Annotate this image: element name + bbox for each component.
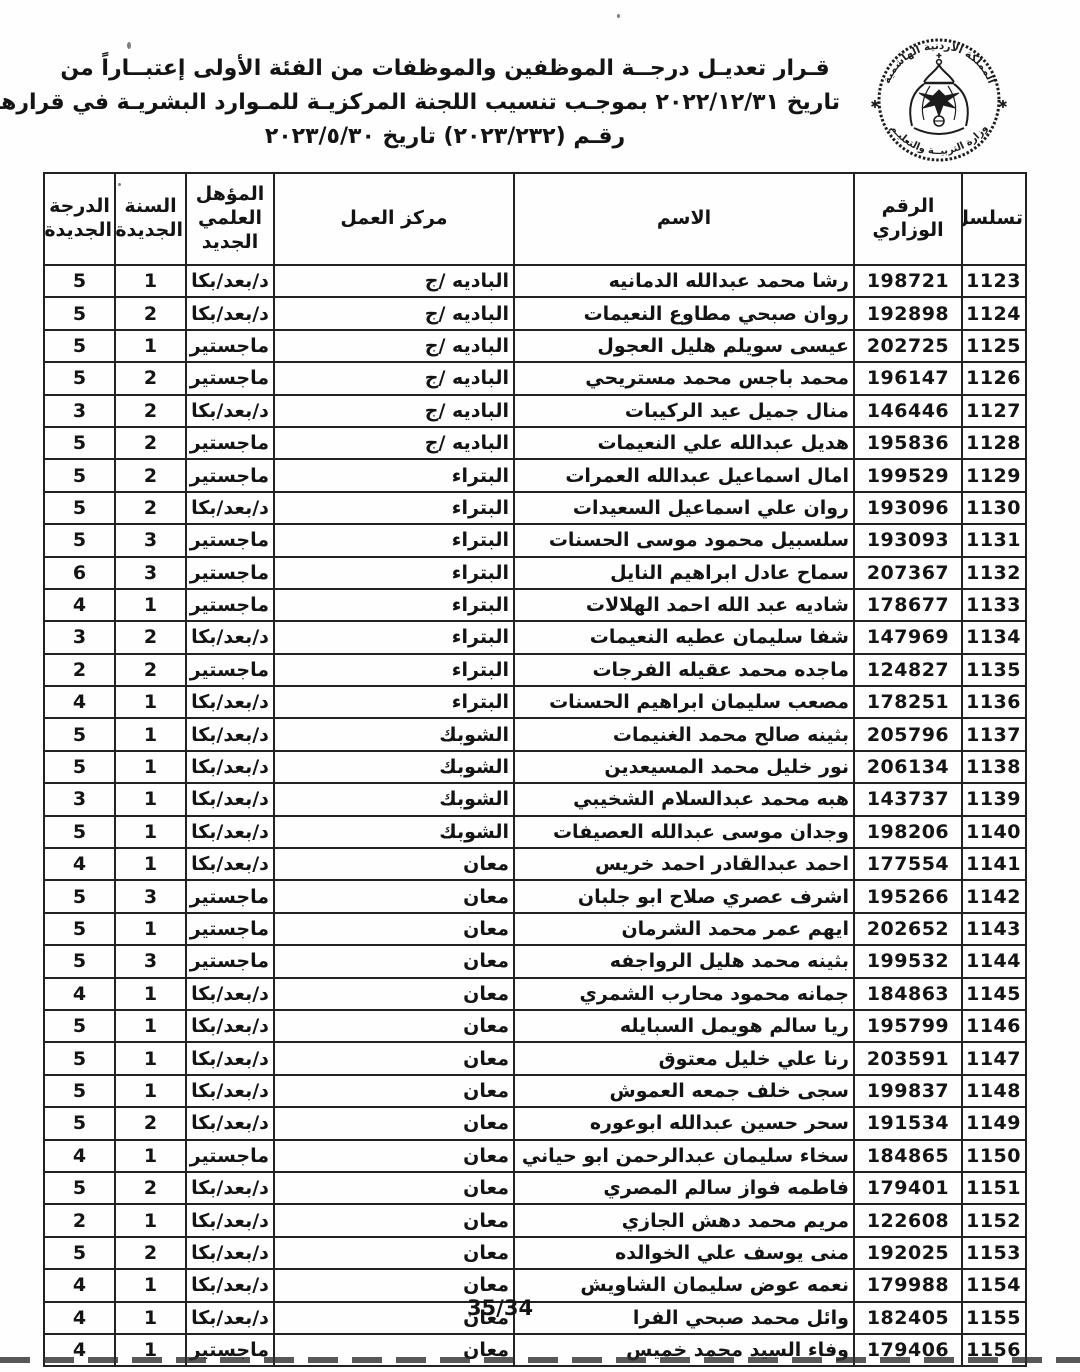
cell-serial: 1146 (962, 1010, 1026, 1042)
cell-ministry-number: 202725 (854, 330, 962, 362)
cell-serial: 1149 (962, 1107, 1026, 1139)
cell-qualification: د/بعد/بكا (186, 686, 274, 718)
cell-qualification: ماجستير (186, 557, 274, 589)
cell-name: سماح عادل ابراهيم النايل (514, 557, 854, 589)
cell-qualification: ماجستير (186, 330, 274, 362)
cell-new-grade: 5 (44, 1237, 115, 1269)
table-row: 1125 202725 عيسى سويلم هليل العجول الباد… (44, 330, 1026, 362)
cell-new-year: 1 (115, 718, 186, 750)
cell-new-year: 1 (115, 265, 186, 297)
cell-qualification: د/بعد/بكا (186, 816, 274, 848)
cell-qualification: ماجستير (186, 427, 274, 459)
cell-name: بثينه صالح محمد الغنيمات (514, 718, 854, 750)
cell-work-center: معان (274, 945, 514, 977)
cell-name: اشرف عصري صلاح ابو جلبان (514, 880, 854, 912)
cell-ministry-number: 191534 (854, 1107, 962, 1139)
cell-ministry-number: 178677 (854, 589, 962, 621)
cell-work-center: البتراء (274, 557, 514, 589)
cell-qualification: د/بعد/بكا (186, 978, 274, 1010)
scan-artifact-bottom-line (0, 1357, 1080, 1363)
cell-qualification: د/بعد/بكا (186, 1075, 274, 1107)
cell-qualification: د/بعد/بكا (186, 265, 274, 297)
cell-serial: 1143 (962, 913, 1026, 945)
cell-ministry-number: 199837 (854, 1075, 962, 1107)
cell-qualification: د/بعد/بكا (186, 1107, 274, 1139)
cell-ministry-number: 177554 (854, 848, 962, 880)
table-row: 1131 193093 سلسبيل محمود موسى الحسنات ال… (44, 524, 1026, 556)
table-header-row: تسلسل الرقم الوزاري الاسم مركز العمل الم… (44, 173, 1026, 265)
cell-work-center: معان (274, 848, 514, 880)
cell-name: شفا سليمان عطيه النعيمات (514, 621, 854, 653)
scan-speck (118, 183, 121, 186)
table-body: 1123 198721 رشا محمد عبدالله الدمانيه ال… (44, 265, 1026, 1366)
cell-name: ماجده محمد عقيله الفرجات (514, 654, 854, 686)
cell-new-year: 1 (115, 783, 186, 815)
cell-serial: 1130 (962, 492, 1026, 524)
cell-work-center: الباديه /ج (274, 330, 514, 362)
cell-qualification: د/بعد/بكا (186, 1237, 274, 1269)
cell-new-year: 2 (115, 427, 186, 459)
cell-new-year: 1 (115, 1204, 186, 1236)
cell-new-year: 2 (115, 492, 186, 524)
cell-new-grade: 5 (44, 1042, 115, 1074)
cell-qualification: د/بعد/بكا (186, 621, 274, 653)
cell-serial: 1126 (962, 362, 1026, 394)
cell-qualification: د/بعد/بكا (186, 783, 274, 815)
decree-title: قـرار تعديـل درجــة الموظفين والموظفات م… (50, 52, 840, 154)
cell-serial: 1137 (962, 718, 1026, 750)
cell-ministry-number: 122608 (854, 1204, 962, 1236)
table-row: 1129 199529 امال اسماعيل عبدالله العمرات… (44, 459, 1026, 491)
cell-new-year: 2 (115, 395, 186, 427)
cell-qualification: ماجستير (186, 459, 274, 491)
seal-top-text: المملكة الأردنية الهاشمية (881, 40, 998, 85)
cell-serial: 1132 (962, 557, 1026, 589)
cell-ministry-number: 207367 (854, 557, 962, 589)
cell-serial: 1134 (962, 621, 1026, 653)
cell-ministry-number: 196147 (854, 362, 962, 394)
cell-work-center: الشوبك (274, 718, 514, 750)
cell-new-grade: 5 (44, 816, 115, 848)
table-row: 1136 178251 مصعب سليمان ابراهيم الحسنات … (44, 686, 1026, 718)
col-header-qualification: المؤهل العلمي الجديد (186, 173, 274, 265)
cell-qualification: ماجستير (186, 913, 274, 945)
cell-work-center: الباديه /ج (274, 265, 514, 297)
cell-ministry-number: 184863 (854, 978, 962, 1010)
cell-ministry-number: 199529 (854, 459, 962, 491)
cell-new-grade: 2 (44, 654, 115, 686)
cell-new-year: 3 (115, 945, 186, 977)
cell-qualification: د/بعد/بكا (186, 1204, 274, 1236)
cell-new-grade: 5 (44, 1075, 115, 1107)
cell-name: سحر حسين عبدالله ابوعوره (514, 1107, 854, 1139)
table-row: 1152 122608 مريم محمد دهش الجازي معان د/… (44, 1204, 1026, 1236)
cell-work-center: البتراء (274, 492, 514, 524)
cell-serial: 1140 (962, 816, 1026, 848)
cell-serial: 1141 (962, 848, 1026, 880)
seal-star-right-icon: ✱ (998, 98, 1007, 111)
cell-name: وجدان موسى عبدالله العصيفات (514, 816, 854, 848)
cell-name: محمد باجس محمد مستريحي (514, 362, 854, 394)
table-row: 1151 179401 فاطمه فواز سالم المصري معان … (44, 1172, 1026, 1204)
cell-work-center: معان (274, 1172, 514, 1204)
cell-qualification: د/بعد/بكا (186, 492, 274, 524)
cell-name: هبه محمد عبدالسلام الشخيبي (514, 783, 854, 815)
cell-qualification: د/بعد/بكا (186, 718, 274, 750)
cell-name: روان علي اسماعيل السعيدات (514, 492, 854, 524)
cell-serial: 1123 (962, 265, 1026, 297)
seal-star-left-icon: ✱ (870, 98, 879, 111)
table-row: 1130 193096 روان علي اسماعيل السعيدات ال… (44, 492, 1026, 524)
cell-new-grade: 5 (44, 524, 115, 556)
cell-new-year: 1 (115, 978, 186, 1010)
table-row: 1127 146446 منال جميل عيد الركيبات الباد… (44, 395, 1026, 427)
cell-qualification: ماجستير (186, 524, 274, 556)
cell-new-year: 3 (115, 880, 186, 912)
cell-ministry-number: 198206 (854, 816, 962, 848)
cell-new-year: 2 (115, 1172, 186, 1204)
cell-name: رشا محمد عبدالله الدمانيه (514, 265, 854, 297)
cell-name: عيسى سويلم هليل العجول (514, 330, 854, 362)
cell-serial: 1125 (962, 330, 1026, 362)
cell-new-year: 1 (115, 1042, 186, 1074)
cell-new-grade: 5 (44, 330, 115, 362)
scan-speck (617, 14, 620, 18)
table-row: 1146 195799 ريا سالم هويمل السبايله معان… (44, 1010, 1026, 1042)
cell-new-year: 1 (115, 1075, 186, 1107)
cell-new-grade: 4 (44, 1140, 115, 1172)
cell-work-center: البتراء (274, 686, 514, 718)
col-header-ministry-number: الرقم الوزاري (854, 173, 962, 265)
cell-work-center: الشوبك (274, 816, 514, 848)
table-row: 1141 177554 احمد عبدالقادر احمد خريس معا… (44, 848, 1026, 880)
cell-new-year: 2 (115, 621, 186, 653)
cell-new-year: 1 (115, 686, 186, 718)
employees-grade-table: تسلسل الرقم الوزاري الاسم مركز العمل الم… (43, 172, 1027, 1367)
cell-new-year: 2 (115, 1237, 186, 1269)
cell-new-grade: 6 (44, 557, 115, 589)
table-row: 1148 199837 سجى خلف جمعه العموش معان د/ب… (44, 1075, 1026, 1107)
cell-name: مصعب سليمان ابراهيم الحسنات (514, 686, 854, 718)
table-row: 1147 203591 رنا علي خليل معتوق معان د/بع… (44, 1042, 1026, 1074)
cell-serial: 1148 (962, 1075, 1026, 1107)
cell-serial: 1139 (962, 783, 1026, 815)
cell-name: فاطمه فواز سالم المصري (514, 1172, 854, 1204)
cell-serial: 1127 (962, 395, 1026, 427)
cell-ministry-number: 178251 (854, 686, 962, 718)
cell-name: احمد عبدالقادر احمد خريس (514, 848, 854, 880)
cell-name: روان صبحي مطاوع النعيمات (514, 297, 854, 329)
cell-name: امال اسماعيل عبدالله العمرات (514, 459, 854, 491)
seal-bottom-text: وزارة التربيــة والتعليـم (888, 123, 990, 157)
cell-new-year: 2 (115, 362, 186, 394)
cell-name: منى يوسف علي الخوالده (514, 1237, 854, 1269)
cell-ministry-number: 193093 (854, 524, 962, 556)
cell-serial: 1129 (962, 459, 1026, 491)
cell-ministry-number: 193096 (854, 492, 962, 524)
cell-qualification: د/بعد/بكا (186, 848, 274, 880)
cell-work-center: البتراء (274, 654, 514, 686)
cell-qualification: ماجستير (186, 654, 274, 686)
cell-new-year: 3 (115, 557, 186, 589)
cell-name: نور خليل محمد المسيعدين (514, 751, 854, 783)
cell-work-center: معان (274, 1010, 514, 1042)
cell-ministry-number: 143737 (854, 783, 962, 815)
cell-new-grade: 5 (44, 1172, 115, 1204)
cell-name: بثينه محمد هليل الرواجفه (514, 945, 854, 977)
cell-qualification: د/بعد/بكا (186, 1172, 274, 1204)
cell-name: رنا علي خليل معتوق (514, 1042, 854, 1074)
cell-new-year: 2 (115, 459, 186, 491)
cell-new-year: 1 (115, 751, 186, 783)
cell-new-year: 1 (115, 848, 186, 880)
cell-work-center: الشوبك (274, 751, 514, 783)
col-header-new-grade: الدرجة الجديدة (44, 173, 115, 265)
cell-new-grade: 4 (44, 686, 115, 718)
jordan-coat-of-arms-icon (910, 53, 968, 134)
cell-new-grade: 5 (44, 945, 115, 977)
cell-serial: 1150 (962, 1140, 1026, 1172)
cell-new-year: 1 (115, 589, 186, 621)
cell-new-grade: 5 (44, 362, 115, 394)
cell-new-grade: 4 (44, 848, 115, 880)
cell-serial: 1136 (962, 686, 1026, 718)
table-row: 1144 199532 بثينه محمد هليل الرواجفه معا… (44, 945, 1026, 977)
cell-ministry-number: 206134 (854, 751, 962, 783)
cell-new-year: 1 (115, 913, 186, 945)
table-row: 1150 184865 سخاء سليمان عبدالرحمن ابو حي… (44, 1140, 1026, 1172)
table-row: 1133 178677 شاديه عبد الله احمد الهلالات… (44, 589, 1026, 621)
cell-name: منال جميل عيد الركيبات (514, 395, 854, 427)
scanned-decree-page: قـرار تعديـل درجــة الموظفين والموظفات م… (0, 0, 1080, 1372)
col-header-new-year: السنة الجديدة (115, 173, 186, 265)
cell-ministry-number: 203591 (854, 1042, 962, 1074)
cell-serial: 1135 (962, 654, 1026, 686)
cell-new-year: 2 (115, 1107, 186, 1139)
cell-ministry-number: 192025 (854, 1237, 962, 1269)
cell-new-grade: 5 (44, 459, 115, 491)
cell-name: ريا سالم هويمل السبايله (514, 1010, 854, 1042)
page-number: 35/34 (0, 1296, 1000, 1320)
table-row: 1153 192025 منى يوسف علي الخوالده معان د… (44, 1237, 1026, 1269)
table-row: 1124 192898 روان صبحي مطاوع النعيمات الب… (44, 297, 1026, 329)
cell-new-year: 3 (115, 524, 186, 556)
table-row: 1137 205796 بثينه صالح محمد الغنيمات الش… (44, 718, 1026, 750)
cell-new-grade: 5 (44, 880, 115, 912)
cell-serial: 1138 (962, 751, 1026, 783)
cell-serial: 1152 (962, 1204, 1026, 1236)
cell-serial: 1147 (962, 1042, 1026, 1074)
cell-work-center: البتراء (274, 459, 514, 491)
cell-new-grade: 4 (44, 589, 115, 621)
col-header-serial: تسلسل (962, 173, 1026, 265)
table-row: 1126 196147 محمد باجس محمد مستريحي الباد… (44, 362, 1026, 394)
cell-ministry-number: 147969 (854, 621, 962, 653)
cell-new-year: 1 (115, 330, 186, 362)
cell-work-center: الباديه /ج (274, 395, 514, 427)
cell-new-grade: 5 (44, 1010, 115, 1042)
table-row: 1138 206134 نور خليل محمد المسيعدين الشو… (44, 751, 1026, 783)
cell-work-center: البتراء (274, 524, 514, 556)
cell-new-grade: 5 (44, 297, 115, 329)
cell-qualification: د/بعد/بكا (186, 395, 274, 427)
cell-new-grade: 5 (44, 751, 115, 783)
cell-qualification: ماجستير (186, 880, 274, 912)
cell-new-grade: 5 (44, 718, 115, 750)
cell-work-center: معان (274, 1075, 514, 1107)
cell-serial: 1151 (962, 1172, 1026, 1204)
table-row: 1139 143737 هبه محمد عبدالسلام الشخيبي ا… (44, 783, 1026, 815)
cell-serial: 1133 (962, 589, 1026, 621)
table-row: 1149 191534 سحر حسين عبدالله ابوعوره معا… (44, 1107, 1026, 1139)
cell-work-center: معان (274, 1042, 514, 1074)
cell-name: سخاء سليمان عبدالرحمن ابو حياني (514, 1140, 854, 1172)
table-row: 1123 198721 رشا محمد عبدالله الدمانيه ال… (44, 265, 1026, 297)
table-row: 1134 147969 شفا سليمان عطيه النعيمات الب… (44, 621, 1026, 653)
cell-ministry-number: 192898 (854, 297, 962, 329)
cell-work-center: معان (274, 1237, 514, 1269)
cell-new-grade: 5 (44, 492, 115, 524)
cell-work-center: الباديه /ج (274, 297, 514, 329)
cell-ministry-number: 195799 (854, 1010, 962, 1042)
cell-serial: 1128 (962, 427, 1026, 459)
table-row: 1132 207367 سماح عادل ابراهيم النايل الب… (44, 557, 1026, 589)
cell-ministry-number: 179401 (854, 1172, 962, 1204)
cell-name: شاديه عبد الله احمد الهلالات (514, 589, 854, 621)
cell-qualification: د/بعد/بكا (186, 297, 274, 329)
cell-new-grade: 3 (44, 621, 115, 653)
cell-name: جمانه محمود محارب الشمري (514, 978, 854, 1010)
col-header-work-center: مركز العمل (274, 173, 514, 265)
cell-name: هديل عبدالله علي النعيمات (514, 427, 854, 459)
cell-ministry-number: 199532 (854, 945, 962, 977)
scan-speck (127, 42, 131, 49)
cell-ministry-number: 198721 (854, 265, 962, 297)
cell-new-grade: 3 (44, 395, 115, 427)
cell-name: مريم محمد دهش الجازي (514, 1204, 854, 1236)
cell-work-center: البتراء (274, 589, 514, 621)
table-row: 1145 184863 جمانه محمود محارب الشمري معا… (44, 978, 1026, 1010)
cell-ministry-number: 195266 (854, 880, 962, 912)
cell-work-center: الباديه /ج (274, 427, 514, 459)
cell-work-center: البتراء (274, 621, 514, 653)
cell-new-grade: 5 (44, 913, 115, 945)
cell-qualification: د/بعد/بكا (186, 751, 274, 783)
cell-serial: 1124 (962, 297, 1026, 329)
cell-qualification: د/بعد/بكا (186, 1010, 274, 1042)
cell-work-center: معان (274, 880, 514, 912)
cell-ministry-number: 195836 (854, 427, 962, 459)
cell-name: سلسبيل محمود موسى الحسنات (514, 524, 854, 556)
cell-serial: 1153 (962, 1237, 1026, 1269)
cell-work-center: الباديه /ج (274, 362, 514, 394)
cell-new-grade: 2 (44, 1204, 115, 1236)
cell-new-grade: 3 (44, 783, 115, 815)
table-row: 1142 195266 اشرف عصري صلاح ابو جلبان معا… (44, 880, 1026, 912)
table-row: 1140 198206 وجدان موسى عبدالله العصيفات … (44, 816, 1026, 848)
cell-name: سجى خلف جمعه العموش (514, 1075, 854, 1107)
cell-serial: 1142 (962, 880, 1026, 912)
cell-work-center: معان (274, 1204, 514, 1236)
cell-name: ايهم عمر محمد الشرمان (514, 913, 854, 945)
cell-qualification: ماجستير (186, 945, 274, 977)
cell-qualification: ماجستير (186, 589, 274, 621)
cell-work-center: الشوبك (274, 783, 514, 815)
cell-new-grade: 5 (44, 427, 115, 459)
cell-qualification: ماجستير (186, 362, 274, 394)
cell-work-center: معان (274, 1107, 514, 1139)
cell-work-center: معان (274, 1140, 514, 1172)
cell-new-year: 1 (115, 816, 186, 848)
decree-title-line-3: رقـم (٢٠٢٣/٢٣٢) تاريخ ٢٠٢٣/٥/٣٠ (50, 120, 840, 154)
table-row: 1143 202652 ايهم عمر محمد الشرمان معان م… (44, 913, 1026, 945)
cell-new-grade: 4 (44, 978, 115, 1010)
cell-ministry-number: 205796 (854, 718, 962, 750)
col-header-name: الاسم (514, 173, 854, 265)
cell-ministry-number: 146446 (854, 395, 962, 427)
table-row: 1135 124827 ماجده محمد عقيله الفرجات الب… (44, 654, 1026, 686)
cell-new-year: 2 (115, 297, 186, 329)
cell-work-center: معان (274, 978, 514, 1010)
cell-new-year: 1 (115, 1010, 186, 1042)
ministry-seal-logo: المملكة الأردنية الهاشمية وزارة التربيــ… (853, 36, 1025, 170)
decree-title-line-1: قـرار تعديـل درجــة الموظفين والموظفات م… (50, 52, 840, 86)
cell-qualification: د/بعد/بكا (186, 1042, 274, 1074)
cell-serial: 1131 (962, 524, 1026, 556)
cell-serial: 1144 (962, 945, 1026, 977)
cell-new-grade: 5 (44, 1107, 115, 1139)
cell-new-year: 2 (115, 654, 186, 686)
cell-qualification: ماجستير (186, 1140, 274, 1172)
cell-new-year: 1 (115, 1140, 186, 1172)
cell-ministry-number: 124827 (854, 654, 962, 686)
cell-ministry-number: 184865 (854, 1140, 962, 1172)
cell-work-center: معان (274, 913, 514, 945)
cell-serial: 1145 (962, 978, 1026, 1010)
table-row: 1128 195836 هديل عبدالله علي النعيمات ال… (44, 427, 1026, 459)
decree-title-line-2: تاريخ ٢٠٢٢/١٢/٣١ بموجـب تنسيب اللجنة الم… (50, 86, 840, 120)
cell-ministry-number: 202652 (854, 913, 962, 945)
cell-new-grade: 5 (44, 265, 115, 297)
